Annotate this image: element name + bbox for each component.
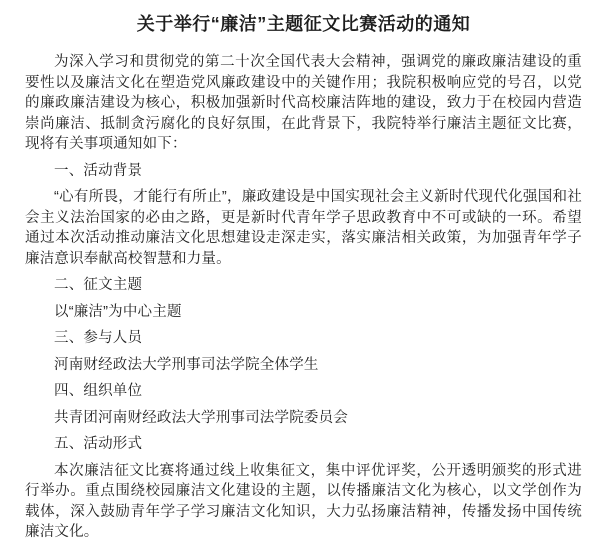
paragraph: 本次廉洁征文比赛将通过线上收集征文，集中评优评奖，公开透明颁奖的形式进行举办。重…	[25, 461, 582, 538]
section-heading: 五、活动形式	[25, 434, 582, 455]
section-heading: 一、活动背景	[25, 161, 582, 182]
section-heading: 二、征文主题	[25, 275, 582, 296]
document-body: 为深入学习和贯彻党的第二十次全国代表大会精神，强调党的廉政廉洁建设的重要性以及廉…	[25, 52, 582, 538]
paragraph: 共青团河南财经政法大学刑事司法学院委员会	[25, 408, 582, 429]
paragraph: “心有所畏，才能行有所止”，廉政建设是中国实现社会主义新时代现代化强国和社会主义…	[25, 187, 582, 269]
paragraph: 河南财经政法大学刑事司法学院全体学生	[25, 355, 582, 376]
paragraph: 为深入学习和贯彻党的第二十次全国代表大会精神，强调党的廉政廉洁建设的重要性以及廉…	[25, 52, 582, 155]
notice-document: 关于举行“廉洁”主题征文比赛活动的通知 为深入学习和贯彻党的第二十次全国代表大会…	[0, 0, 607, 538]
section-heading: 四、组织单位	[25, 381, 582, 402]
section-heading: 三、参与人员	[25, 328, 582, 349]
paragraph: 以“廉洁”为中心主题	[25, 302, 582, 323]
document-title: 关于举行“廉洁”主题征文比赛活动的通知	[25, 6, 582, 46]
